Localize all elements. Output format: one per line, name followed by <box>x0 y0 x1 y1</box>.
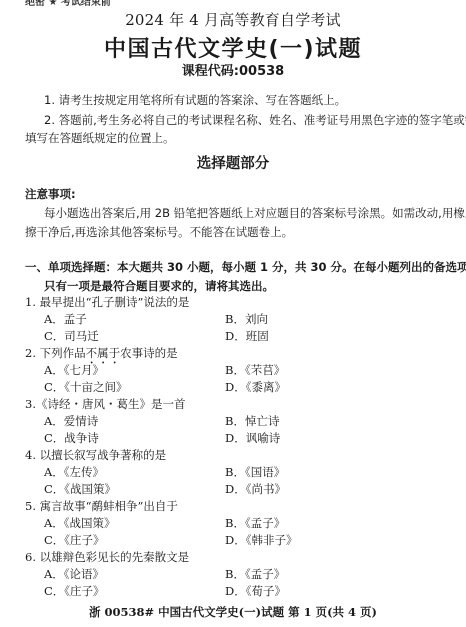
section-title: 选择题部分 <box>0 152 466 173</box>
question-5-option-c: C．《庄子》 <box>44 532 105 548</box>
question-3-option-d: D．讽喻诗 <box>225 430 280 446</box>
question-1-option-c: C．司马迁 <box>44 328 99 344</box>
question-2-option-c: C．《十亩之间》 <box>44 379 128 395</box>
question-1-option-b: B．刘向 <box>225 311 268 327</box>
question-4-option-d: D．《尚书》 <box>225 481 286 497</box>
question-1-option-d: D．班固 <box>225 328 269 344</box>
question-1-stem: 1. 最早提出“孔子删诗”说法的是 <box>25 294 189 310</box>
question-2-option-a: A．《七月》 <box>44 362 104 378</box>
exam-subject-title: 中国古代文学史(一)试题 <box>0 32 466 63</box>
question-3-option-c: C．战争诗 <box>44 430 99 446</box>
question-6-option-d: D．《荀子》 <box>225 583 286 599</box>
question-3-stem: 3.《诗经・唐风・葛生》是一首 <box>25 396 185 412</box>
question-2-option-d: D．《黍离》 <box>225 379 286 395</box>
question-2-stem-pre: 2. 下列作品 <box>25 346 86 360</box>
question-4-option-c: C．《战国策》 <box>44 481 116 497</box>
instruction-2: 2. 答题前,考生务必将自己的考试课程名称、姓名、准考证号用黑色字迹的签字笔或钢… <box>44 112 466 128</box>
question-5-option-d: D．《韩非子》 <box>225 532 297 548</box>
instruction-2-cont: 填写在答题纸规定的位置上。 <box>25 130 175 146</box>
question-2-option-b: B．《芣苢》 <box>225 362 285 378</box>
question-5-option-b: B．《孟子》 <box>225 515 285 531</box>
attention-line-2: 擦干净后,再选涂其他答案标号。不能答在试题卷上。 <box>25 224 293 240</box>
question-4-stem: 4. 以擅长叙写战争著称的是 <box>25 447 166 463</box>
attention-label: 注意事项: <box>25 186 76 202</box>
question-5-stem: 5. 寓言故事“鹬蚌相争”出自于 <box>25 498 178 514</box>
part1-heading-cont: 只有一项是最符合题目要求的，请将其选出。 <box>44 278 274 294</box>
course-code: 课程代码:00538 <box>0 60 466 79</box>
question-6-option-c: C．《庄子》 <box>44 583 105 599</box>
question-3-option-b: B．悼亡诗 <box>225 413 279 429</box>
question-5-option-a: A．《战国策》 <box>44 515 116 531</box>
question-1-option-a: A．孟子 <box>44 311 87 327</box>
instruction-1: 1. 请考生按规定用笔将所有试题的答案涂、写在答题纸上。 <box>44 92 346 108</box>
question-2-stem-emphasis: 不属于 <box>86 346 121 360</box>
question-6-option-a: A．《论语》 <box>44 566 104 582</box>
question-4-option-b: B．《国语》 <box>225 464 285 480</box>
question-6-option-b: B．《孟子》 <box>225 566 285 582</box>
exam-session-title: 2024 年 4 月高等教育自学考试 <box>0 9 466 30</box>
page-footer: 浙 00538# 中国古代文学史(一)试题 第 1 页(共 4 页) <box>0 604 466 620</box>
question-4-option-a: A．《左传》 <box>44 464 104 480</box>
attention-line-1: 每小题选出答案后,用 2B 铅笔把答题纸上对应题目的答案标号涂黑。如需改动,用橡… <box>44 205 466 221</box>
question-2-stem-post: 农事诗的是 <box>120 346 178 360</box>
question-6-stem: 6. 以雄辩色彩见长的先秦散文是 <box>25 549 189 565</box>
part1-heading: 一、单项选择题：本大题共 30 小题，每小题 1 分，共 30 分。在每小题列出… <box>25 259 466 275</box>
confidential-mark: 绝密 ★ 考试结束前 <box>25 0 111 8</box>
question-3-option-a: A．爱情诗 <box>44 413 98 429</box>
